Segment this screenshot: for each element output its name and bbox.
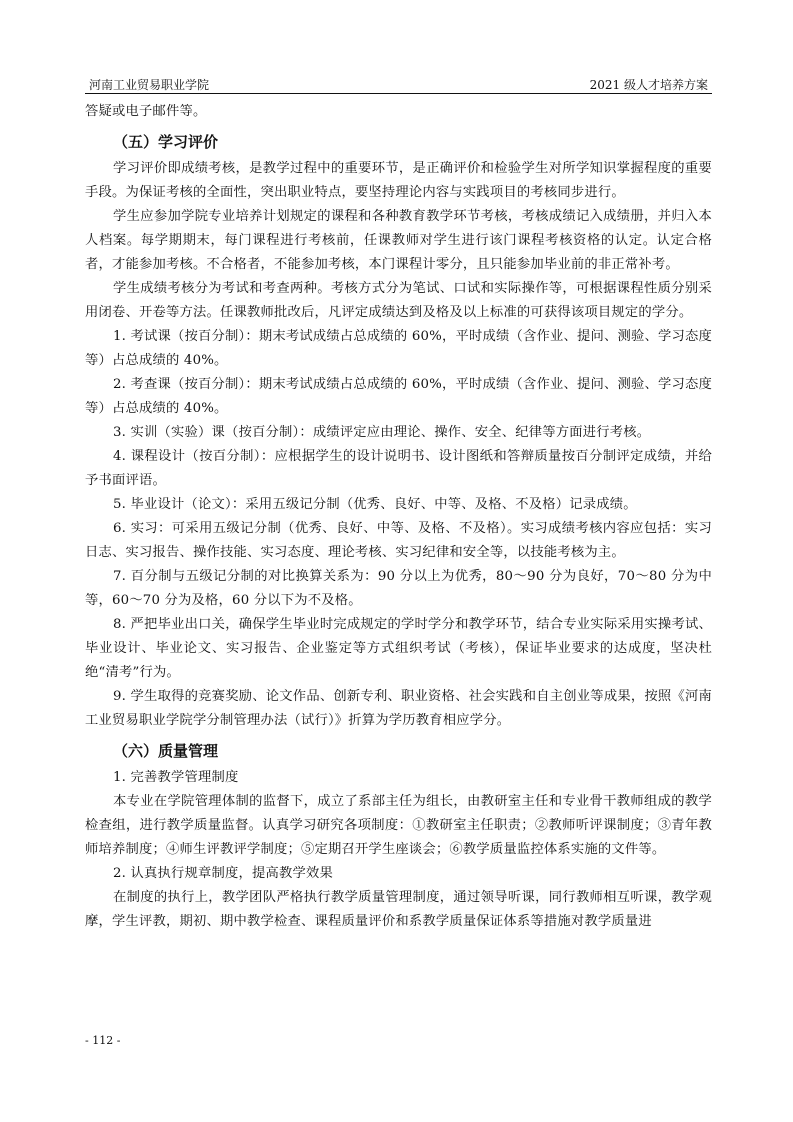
paragraph: 本专业在学院管理体制的监督下，成立了系部主任为组长，由教研室主任和专业骨干教师组… <box>85 790 712 862</box>
list-item: 9. 学生取得的竞赛奖励、论文作品、创新专利、职业资格、社会实践和自主创业等成果… <box>85 685 712 733</box>
section-heading-quality-management: （六）质量管理 <box>85 736 712 766</box>
paragraph: 学习评价即成绩考核，是教学过程中的重要环节，是正确评价和检验学生对所学知识掌握程… <box>85 157 712 205</box>
page-body: 答疑或电子邮件等。 （五）学习评价 学习评价即成绩考核，是教学过程中的重要环节，… <box>85 100 712 934</box>
section-heading-learning-evaluation: （五）学习评价 <box>85 127 712 157</box>
list-item: 2. 考查课（按百分制）：期末考试成绩占总成绩的 60%，平时成绩（含作业、提问… <box>85 373 712 421</box>
header-institution: 河南工业贸易职业学院 <box>89 76 209 93</box>
list-item: 8. 严把毕业出口关，确保学生毕业时完成规定的学时学分和教学环节，结合专业实际采… <box>85 613 712 685</box>
page-header: 河南工业贸易职业学院 2021 级人才培养方案 <box>85 73 712 94</box>
list-item: 7. 百分制与五级记分制的对比换算关系为：90 分以上为优秀，80～90 分为良… <box>85 565 712 613</box>
paragraph: 学生应参加学院专业培养计划规定的课程和各种教育教学环节考核，考核成绩记入成绩册，… <box>85 205 712 277</box>
list-item: 6. 实习：可采用五级记分制（优秀、良好、中等、及格、不及格）。实习成绩考核内容… <box>85 517 712 565</box>
list-item: 1. 考试课（按百分制）：期末考试成绩占总成绩的 60%，平时成绩（含作业、提问… <box>85 325 712 373</box>
paragraph: 学生成绩考核分为考试和考查两种。考核方式分为笔试、口试和实际操作等，可根据课程性… <box>85 277 712 325</box>
paragraph-continuation: 答疑或电子邮件等。 <box>85 100 712 124</box>
list-item: 3. 实训（实验）课（按百分制）：成绩评定应由理论、操作、安全、纪律等方面进行考… <box>85 421 712 445</box>
subheading: 2. 认真执行规章制度，提高教学效果 <box>85 862 712 886</box>
paragraph: 在制度的执行上，教学团队严格执行教学质量管理制度，通过领导听课，同行教师相互听课… <box>85 886 712 934</box>
subheading: 1. 完善教学管理制度 <box>85 766 712 790</box>
page-number: - 112 - <box>85 1034 120 1047</box>
list-item: 4. 课程设计（按百分制）：应根据学生的设计说明书、设计图纸和答辩质量按百分制评… <box>85 445 712 493</box>
list-item: 5. 毕业设计（论文）：采用五级记分制（优秀、良好、中等、及格、不及格）记录成绩… <box>85 493 712 517</box>
header-document-title: 2021 级人才培养方案 <box>590 76 708 93</box>
